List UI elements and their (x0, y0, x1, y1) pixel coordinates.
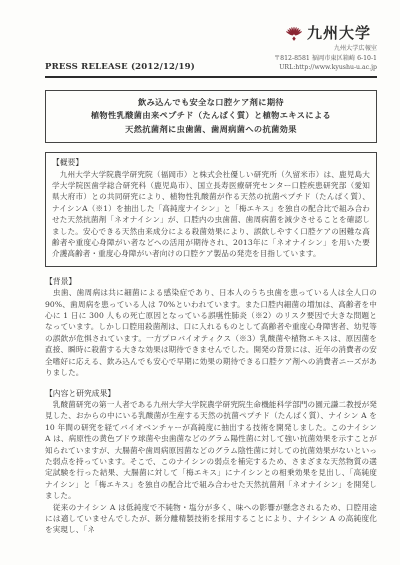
background-section: 【背景】 虫歯、歯周病は共に細菌による感染症であり、日本人のうち虫歯を患っている… (45, 276, 377, 379)
overview-body: 九州大学大学院農学研究院（福岡市）と株式会社優しい研究所（久留米市）は、鹿児島大… (52, 169, 370, 260)
background-body: 虫歯、歯周病は共に細菌による感染症であり、日本人のうち虫歯を患っている人は全人口… (45, 287, 377, 378)
title-line-2: 植物性乳酸菌由来ペプチド（たんぱく質）と植物エキスによる (50, 109, 372, 123)
results-heading: 【内容と研究成果】 (45, 388, 377, 400)
overview-box: 【概要】 九州大学大学院農学研究院（福岡市）と株式会社優しい研究所（久留米市）は… (45, 152, 377, 267)
website-url[interactable]: URL:http://www.kyushu-u.ac.jp (274, 63, 377, 73)
title-line-3: 天然抗菌剤に虫歯菌、歯周病菌への抗菌効果 (50, 123, 372, 137)
results-paragraph-2: 従来のナイシン A は低純度で不純物・塩分が多く、味への影響が懸念されるため、口… (45, 502, 377, 536)
press-release-label: PRESS RELEASE (2012/12/19) (45, 62, 195, 73)
press-release-page: 九州大学 PRESS RELEASE (2012/12/19) 九州大学広報室 … (0, 0, 400, 565)
results-section: 【内容と研究成果】 乳酸菌研究の第一人者である九州大学大学院農学研究院生命機能科… (45, 388, 377, 536)
title-box: 飲み込んでも安全な口腔ケア剤に期待 植物性乳酸菌由来ペプチド（たんぱく質）と植物… (45, 90, 377, 144)
university-emblem-icon (285, 24, 303, 42)
contact-block: 九州大学広報室 〒812-8581 福岡市東区箱崎 6-10-1 URL:htt… (274, 44, 377, 73)
university-logo: 九州大学 (45, 22, 371, 43)
overview-heading: 【概要】 (52, 157, 370, 169)
header-rule (45, 76, 377, 78)
title-line-1: 飲み込んでも安全な口腔ケア剤に期待 (50, 96, 372, 110)
header-sub-row: PRESS RELEASE (2012/12/19) 九州大学広報室 〒812-… (45, 44, 377, 73)
office-name: 九州大学広報室 (274, 44, 377, 54)
background-heading: 【背景】 (45, 276, 377, 288)
results-paragraph-1: 乳酸菌研究の第一人者である九州大学大学院農学研究院生命機能科学部門の園元謙二教授… (45, 399, 377, 502)
university-name: 九州大学 (307, 22, 371, 43)
postal-address: 〒812-8581 福岡市東区箱崎 6-10-1 (274, 54, 377, 64)
